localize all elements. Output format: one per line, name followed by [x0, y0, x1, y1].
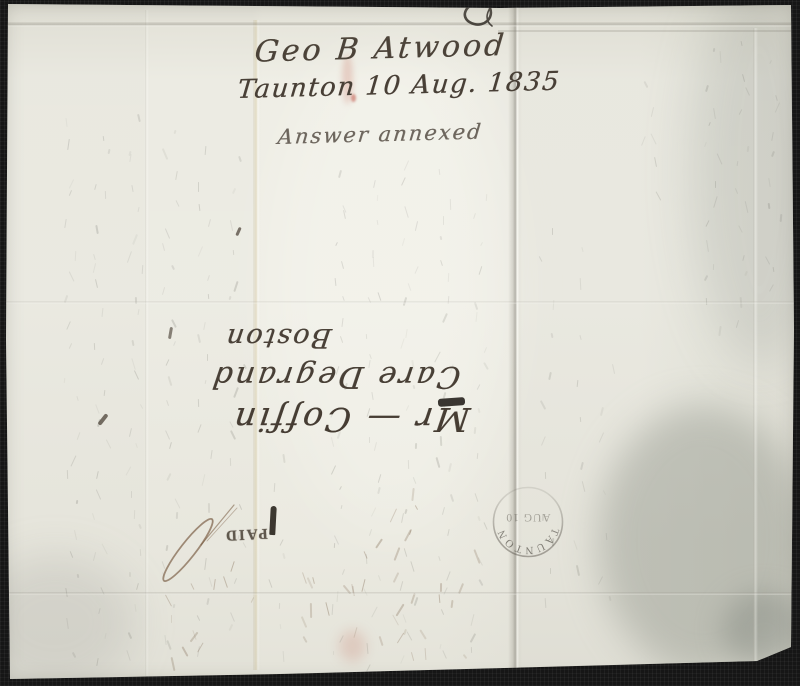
- photo-backdrop: Geo B Atwood Taunton 10 Aug. 1835 Answer…: [0, 0, 800, 686]
- postmark-stamp: TAUNTON AUG 10: [486, 480, 570, 564]
- ink-fleck-center: [235, 227, 241, 236]
- postmark-town-text: TAUNTON: [495, 526, 561, 556]
- pink-smudge-bottom: [339, 630, 366, 662]
- letter-paper: Geo B Atwood Taunton 10 Aug. 1835 Answer…: [0, 0, 800, 686]
- stain-bottom-left: [0, 555, 135, 686]
- crease-vertical-left: [145, 10, 149, 676]
- pen-loop-mark: [155, 495, 245, 605]
- svg-text:TAUNTON: TAUNTON: [495, 526, 561, 556]
- crease-vertical-right: [753, 28, 758, 668]
- docket-note: Answer annexed: [230, 118, 553, 150]
- docket-name: Geo B Atwood: [230, 27, 554, 70]
- stain-bottom-right: [598, 405, 800, 675]
- crease-horizontal-top: [0, 22, 800, 27]
- stain-bottom-right-dark: [722, 592, 800, 667]
- docket-place-date: Taunton 10 Aug. 1835: [230, 67, 554, 105]
- crease-horizontal-middle: [0, 301, 800, 304]
- pen-flourish-top: [450, 0, 502, 30]
- stain-right-edge: [692, 0, 800, 365]
- ink-fleck-left: [97, 413, 108, 426]
- ink-stroke-above-paid: [269, 506, 277, 535]
- crease-horizontal-bottom: [0, 592, 800, 595]
- ink-fleck-left-upper: [168, 327, 173, 339]
- address-city: Boston: [189, 312, 481, 353]
- address-block: Mr — Coffin Care Degrand Boston: [192, 312, 478, 439]
- address-care-of: Care Degrand: [189, 353, 481, 394]
- postmark-date-text: AUG 10: [505, 511, 550, 523]
- docket-block: Geo B Atwood Taunton 10 Aug. 1835 Answer…: [232, 31, 552, 146]
